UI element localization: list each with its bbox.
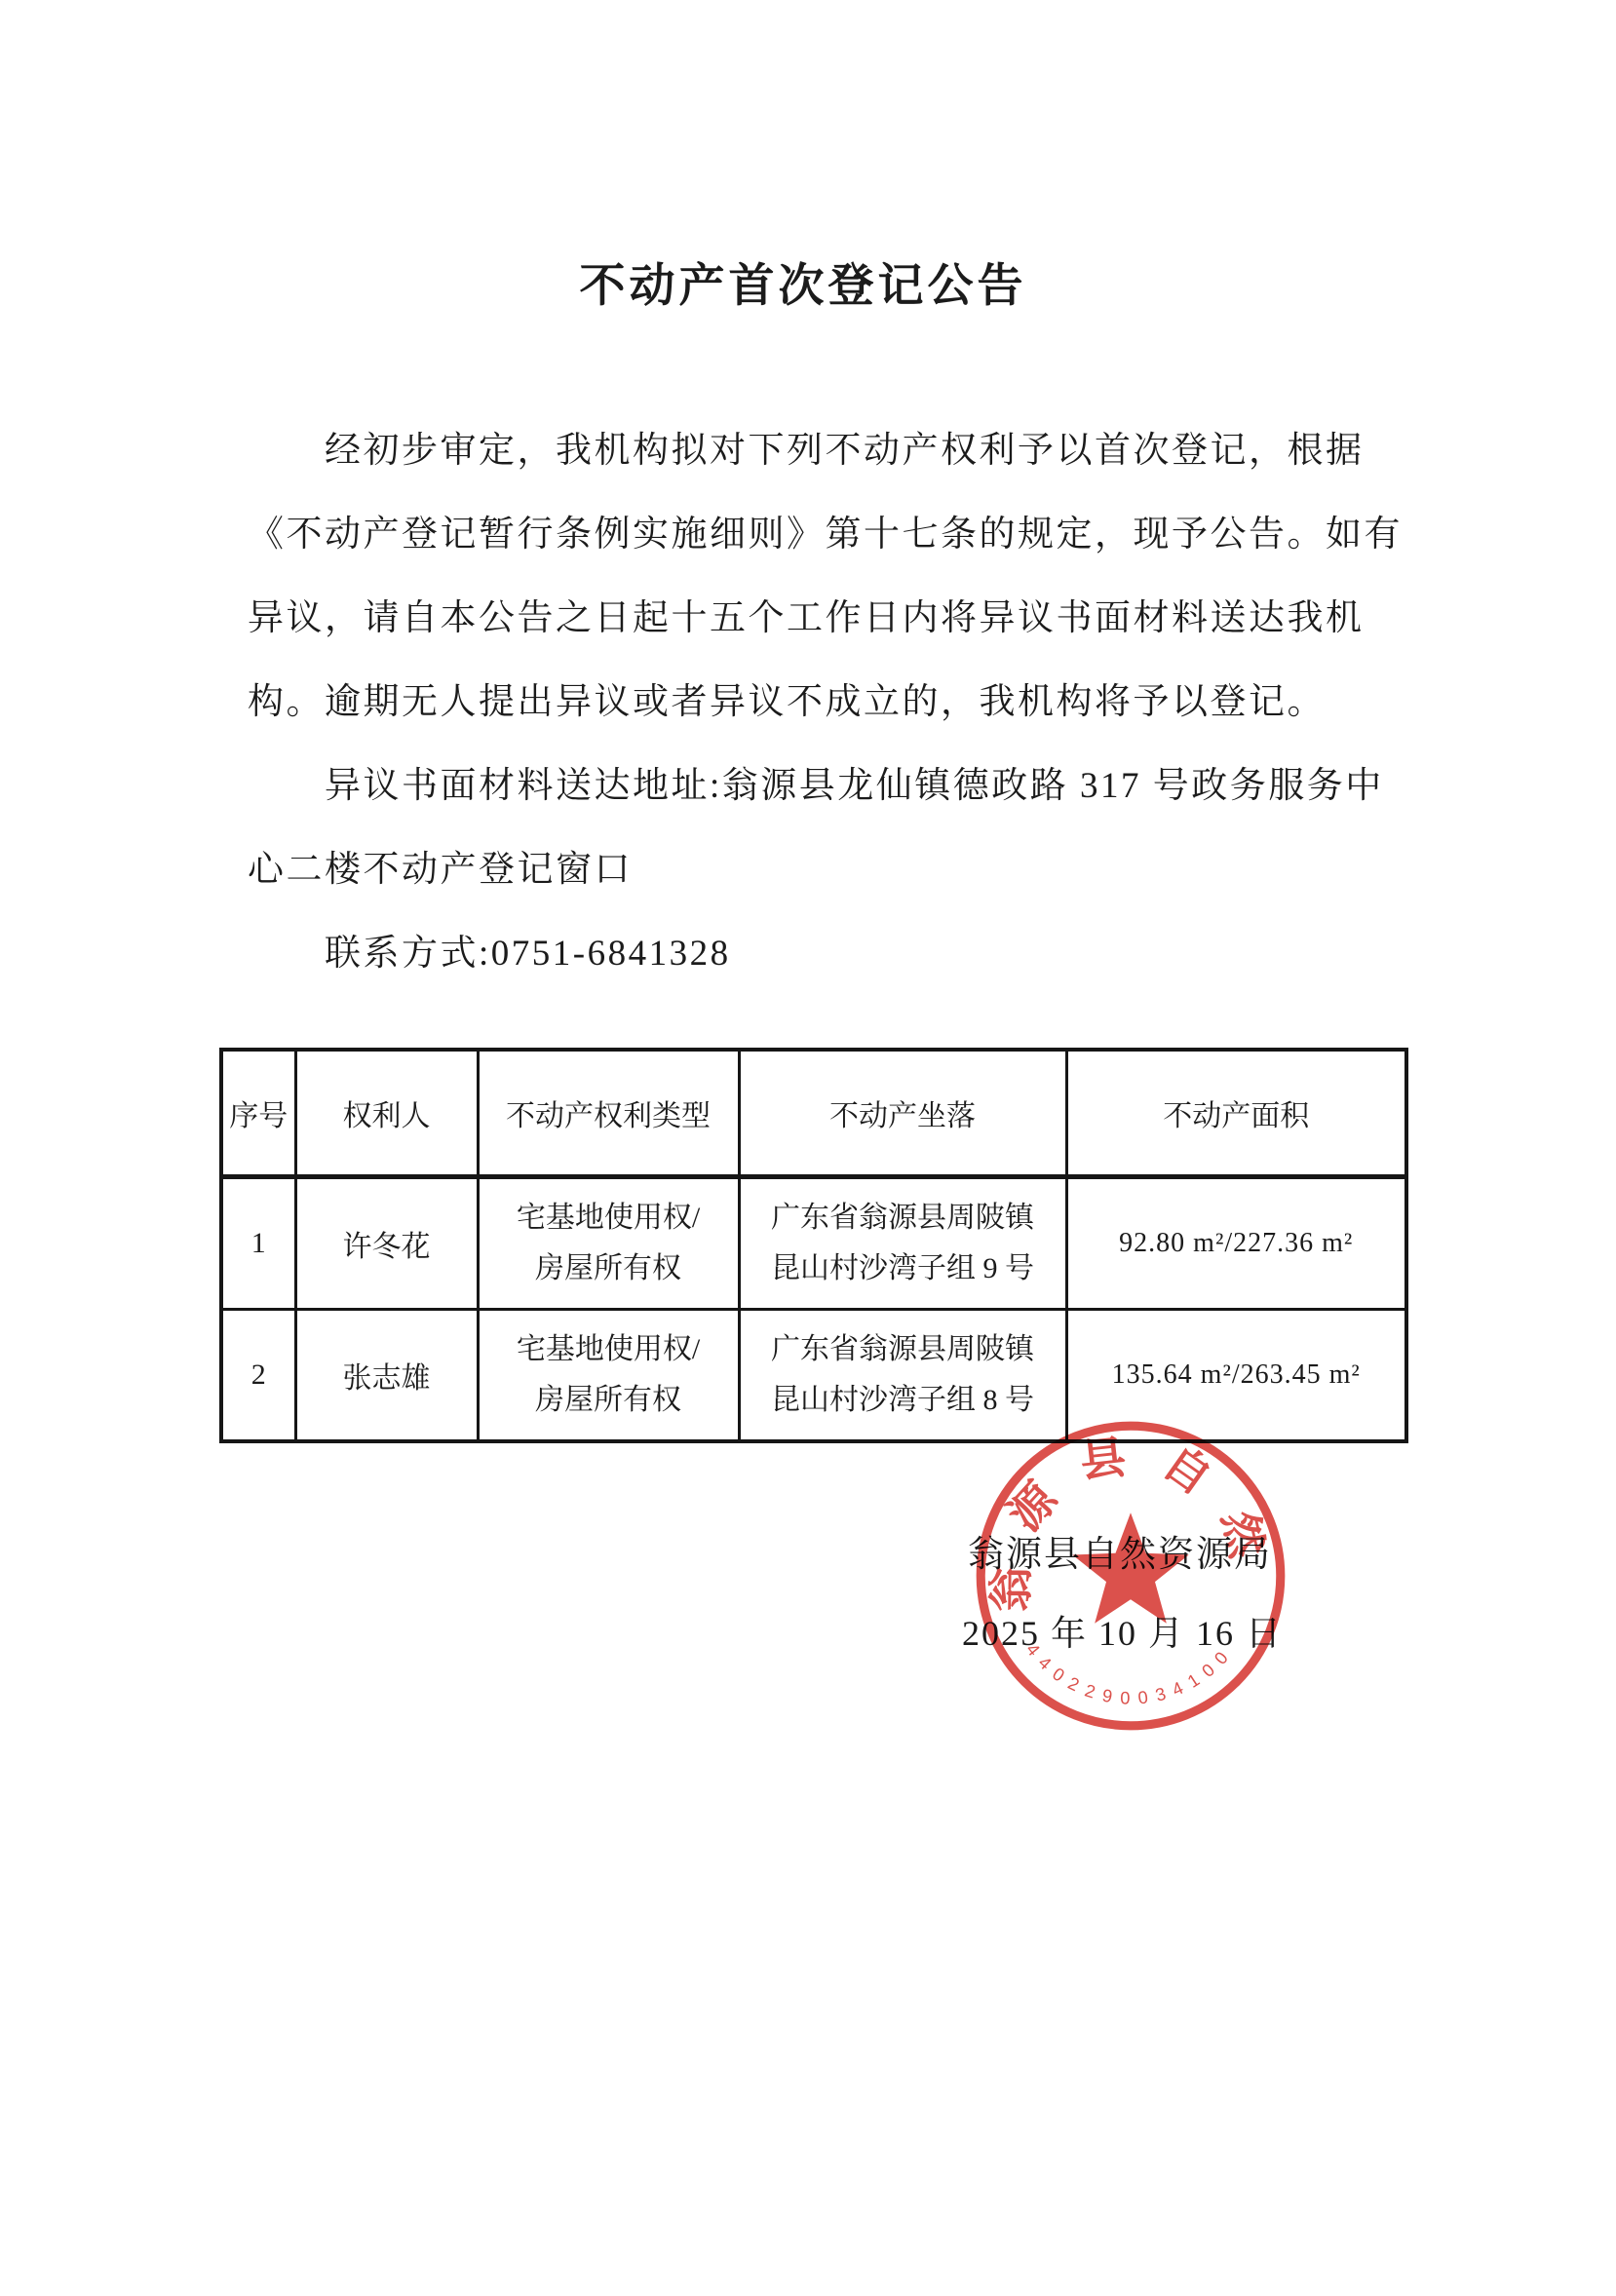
cell-seq: 1 <box>221 1176 295 1309</box>
cell-right-type: 宅基地使用权/ 房屋所有权 <box>478 1309 739 1441</box>
col-header-seq: 序号 <box>221 1050 295 1176</box>
body-line: 心二楼不动产登记窗口 <box>248 828 1378 912</box>
cell-area: 135.64 m²/263.45 m² <box>1066 1309 1406 1441</box>
body-line: 异议书面材料送达地址:翁源县龙仙镇德政路 317 号政务服务中 <box>248 745 1378 828</box>
cell-right-type: 宅基地使用权/ 房屋所有权 <box>478 1176 739 1309</box>
issue-date: 2025 年 10 月 16 日 <box>962 1606 1283 1656</box>
cell-location: 广东省翁源县周陂镇 昆山村沙湾子组 8 号 <box>739 1309 1066 1441</box>
table-row: 2 张志雄 宅基地使用权/ 房屋所有权 广东省翁源县周陂镇 昆山村沙湾子组 8 … <box>221 1309 1406 1441</box>
issuing-agency: 翁源县自然资源局 <box>968 1524 1272 1577</box>
body-line: 构。逾期无人提出异议或者异议不成立的，我机构将予以登记。 <box>248 661 1378 745</box>
col-header-area: 不动产面积 <box>1066 1050 1406 1176</box>
col-header-location: 不动产坐落 <box>739 1050 1066 1176</box>
cell-owner: 许冬花 <box>295 1176 478 1309</box>
body-line: 联系方式:0751-6841328 <box>248 912 1378 996</box>
table-header-row: 序号 权利人 不动产权利类型 不动产坐落 不动产面积 <box>221 1050 1406 1176</box>
col-header-owner: 权利人 <box>295 1050 478 1176</box>
page-title: 不动产首次登记公告 <box>248 249 1359 315</box>
registration-table: 序号 权利人 不动产权利类型 不动产坐落 不动产面积 1 许冬花 宅基地使用权/… <box>219 1048 1408 1443</box>
announcement-body: 经初步审定，我机构拟对下列不动产权利予以首次登记，根据 《不动产登记暂行条例实施… <box>248 409 1378 996</box>
table-row: 1 许冬花 宅基地使用权/ 房屋所有权 广东省翁源县周陂镇 昆山村沙湾子组 9 … <box>221 1176 1406 1309</box>
cell-location: 广东省翁源县周陂镇 昆山村沙湾子组 9 号 <box>739 1176 1066 1309</box>
col-header-right-type: 不动产权利类型 <box>478 1050 739 1176</box>
body-line: 异议，请自本公告之日起十五个工作日内将异议书面材料送达我机 <box>248 577 1378 661</box>
cell-seq: 2 <box>221 1309 295 1441</box>
body-line: 《不动产登记暂行条例实施细则》第十七条的规定，现予公告。如有 <box>248 493 1378 577</box>
body-line: 经初步审定，我机构拟对下列不动产权利予以首次登记，根据 <box>248 409 1378 493</box>
cell-area: 92.80 m²/227.36 m² <box>1066 1176 1406 1309</box>
document-page: 不动产首次登记公告 经初步审定，我机构拟对下列不动产权利予以首次登记，根据 《不… <box>0 0 1616 2296</box>
cell-owner: 张志雄 <box>295 1309 478 1441</box>
